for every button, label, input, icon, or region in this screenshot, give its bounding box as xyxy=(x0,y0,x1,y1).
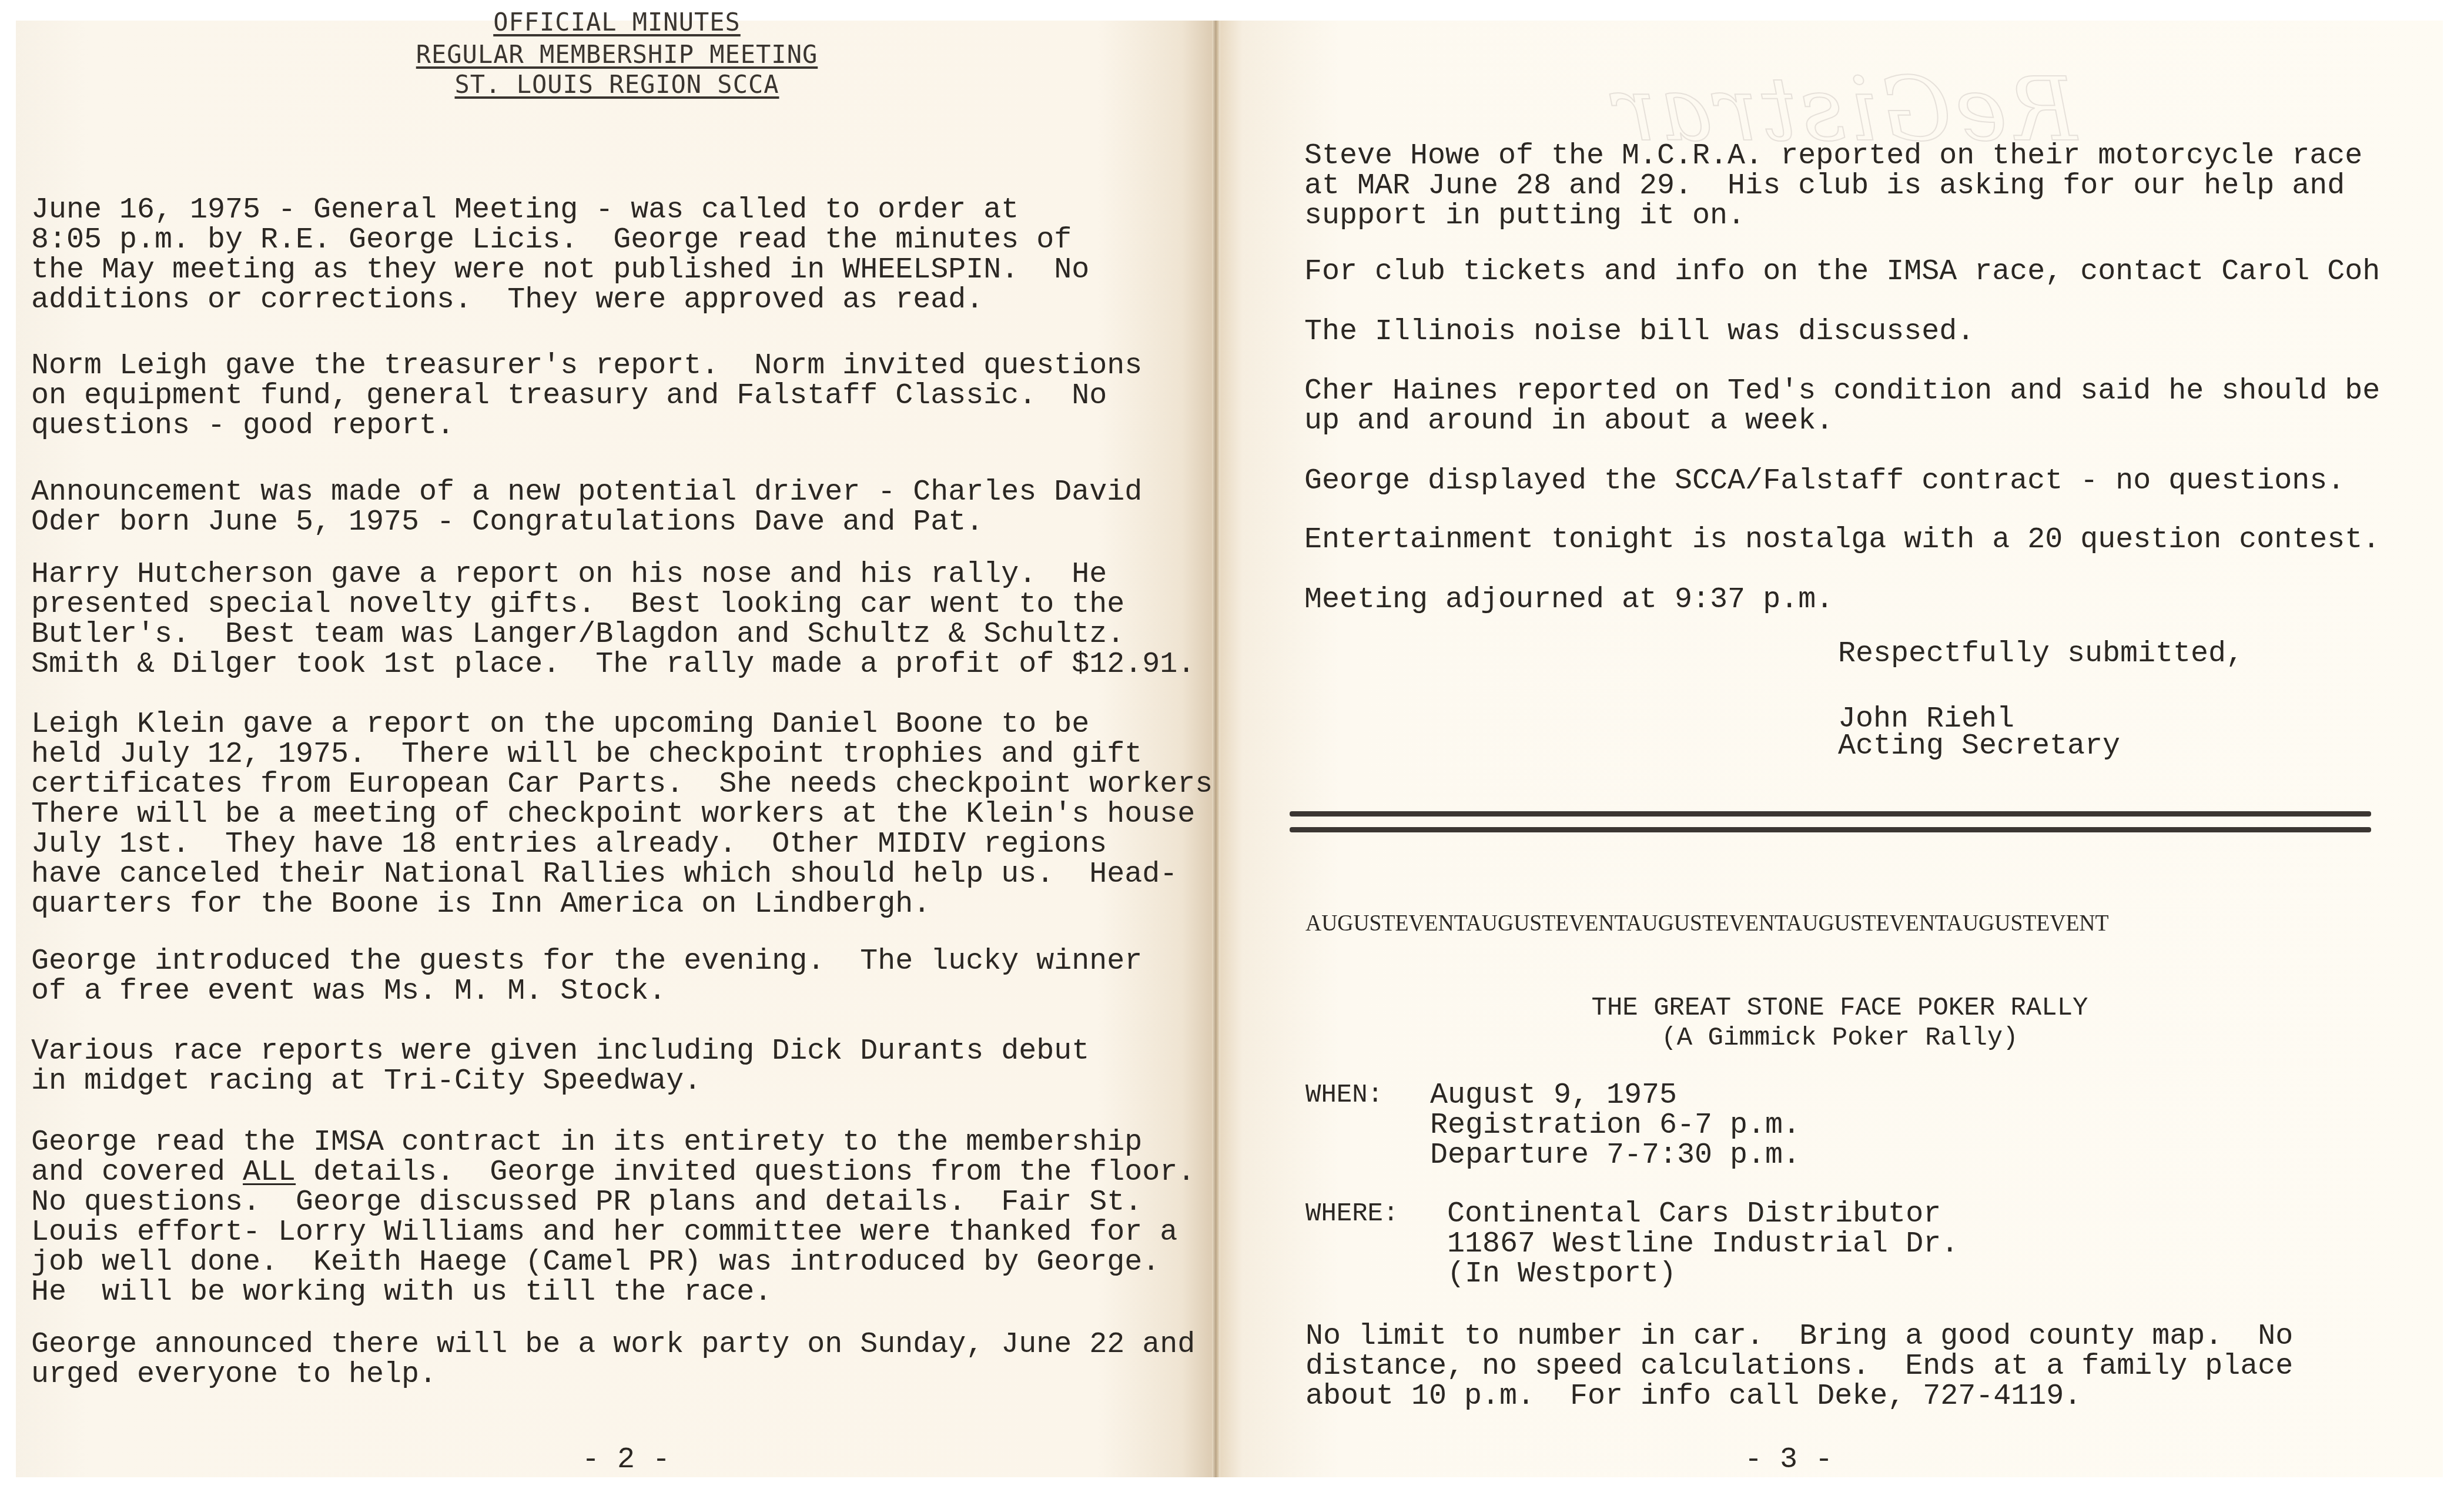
event-subtitle: (A Gimmick Poker Rally) xyxy=(1293,1023,2386,1053)
text-line: at MAR June 28 and 29. His club is askin… xyxy=(1304,171,2345,201)
text-line: Harry Hutcherson gave a report on his no… xyxy=(31,560,1107,590)
text-line: have canceled their National Rallies whi… xyxy=(31,859,1177,889)
text-line: in midget racing at Tri-City Speedway. xyxy=(31,1066,701,1096)
text-line: June 16, 1975 - General Meeting - was ca… xyxy=(31,195,1019,225)
text-line: additions or corrections. They were appr… xyxy=(31,285,983,315)
event-title: THE GREAT STONE FACE POKER RALLY xyxy=(1293,993,2386,1023)
where-line: (In Westport) xyxy=(1447,1259,1676,1289)
title-line: REGULAR MEMBERSHIP MEETING xyxy=(16,39,1218,69)
when-line: Registration 6-7 p.m. xyxy=(1430,1110,1800,1140)
text-line: Oder born June 5, 1975 - Congratulations… xyxy=(31,507,983,537)
text-line: held July 12, 1975. There will be checkp… xyxy=(31,740,1142,769)
text-line: on equipment fund, general treasury and … xyxy=(31,381,1107,411)
page-number-right: - 3 - xyxy=(1745,1443,1833,1477)
text-line: There will be a meeting of checkpoint wo… xyxy=(31,799,1195,829)
where-line: 11867 Westline Industrial Dr. xyxy=(1447,1229,1959,1259)
text-line: No questions. George discussed PR plans … xyxy=(31,1187,1142,1217)
text-line: up and around in about a week. xyxy=(1304,406,1833,436)
text-line: the May meeting as they were not publish… xyxy=(31,255,1089,285)
text-line: questions - good report. xyxy=(31,411,454,441)
when-label: WHEN: xyxy=(1305,1080,1383,1110)
text-line: support in putting it on. xyxy=(1304,201,1745,231)
text-line: 8:05 p.m. by R.E. George Licis. George r… xyxy=(31,225,1072,255)
text-line: and covered ALL details. George invited … xyxy=(31,1157,1195,1187)
text-line: quarters for the Boone is Inn America on… xyxy=(31,889,930,919)
signature-title: Acting Secretary xyxy=(1838,731,2120,761)
where-line: Continental Cars Distributor xyxy=(1447,1199,1941,1229)
text-line: George announced there will be a work pa… xyxy=(31,1330,1195,1360)
center-fold xyxy=(1212,21,1220,1477)
text-line: He will be working with us till the race… xyxy=(31,1277,772,1307)
title-line: ST. LOUIS REGION SCCA xyxy=(16,69,1218,99)
text-line: Announcement was made of a new potential… xyxy=(31,477,1142,507)
text-line: Steve Howe of the M.C.R.A. reported on t… xyxy=(1304,141,2362,171)
text-line: Entertainment tonight is nostalga with a… xyxy=(1304,525,2380,555)
when-line: Departure 7-7:30 p.m. xyxy=(1430,1140,1800,1170)
text-line: Louis effort- Lorry Williams and her com… xyxy=(31,1217,1177,1247)
when-line: August 9, 1975 xyxy=(1430,1080,1677,1110)
text-line: George read the IMSA contract in its ent… xyxy=(31,1127,1142,1157)
title-line: OFFICIAL MINUTES xyxy=(16,7,1218,37)
text-line: urged everyone to help. xyxy=(31,1360,437,1390)
where-label: WHERE: xyxy=(1305,1199,1398,1229)
signature-closing: Respectfully submitted, xyxy=(1838,639,2244,669)
august-event-banner: AUGUSTEVENTAUGUSTEVENTAUGUSTEVENTAUGUSTE… xyxy=(1305,908,2108,938)
text-line: Butler's. Best team was Langer/Blagdon a… xyxy=(31,620,1124,650)
text-line: For club tickets and info on the IMSA ra… xyxy=(1304,257,2380,287)
details-line: No limit to number in car. Bring a good … xyxy=(1305,1321,2293,1351)
text-line: presented special novelty gifts. Best lo… xyxy=(31,590,1124,620)
text-line: Norm Leigh gave the treasurer's report. … xyxy=(31,351,1142,381)
text-line: July 1st. They have 18 entries already. … xyxy=(31,829,1107,859)
text-line: job well done. Keith Haege (Camel PR) wa… xyxy=(31,1247,1160,1277)
minutes-title: OFFICIAL MINUTES REGULAR MEMBERSHIP MEET… xyxy=(16,13,1218,99)
text-line: of a free event was Ms. M. M. Stock. xyxy=(31,976,666,1006)
page-number-left: - 2 - xyxy=(582,1443,670,1477)
text-line: certificates from European Car Parts. Sh… xyxy=(31,769,1213,799)
text-line: Cher Haines reported on Ted's condition … xyxy=(1304,376,2380,406)
text-line: Various race reports were given includin… xyxy=(31,1036,1089,1066)
double-rule-top xyxy=(1290,811,2371,817)
text-line: George introduced the guests for the eve… xyxy=(31,946,1142,976)
text-line: George displayed the SCCA/Falstaff contr… xyxy=(1304,466,2345,496)
details-line: about 10 p.m. For info call Deke, 727-41… xyxy=(1305,1381,2081,1411)
text-line: The Illinois noise bill was discussed. xyxy=(1304,317,1974,347)
text-line: Meeting adjourned at 9:37 p.m. xyxy=(1304,585,1833,615)
text-line: Smith & Dilger took 1st place. The rally… xyxy=(31,650,1195,680)
details-line: distance, no speed calculations. Ends at… xyxy=(1305,1351,2293,1381)
double-rule-bottom xyxy=(1290,827,2371,832)
text-line: Leigh Klein gave a report on the upcomin… xyxy=(31,710,1089,740)
